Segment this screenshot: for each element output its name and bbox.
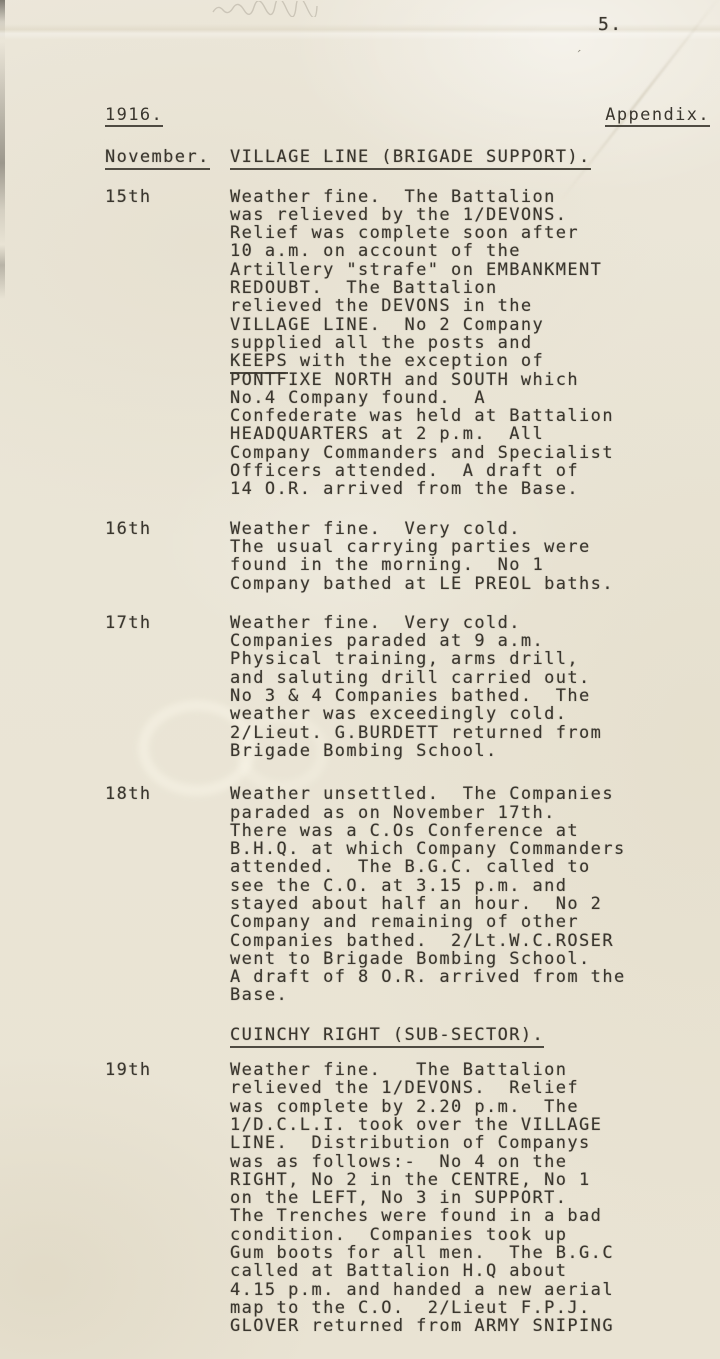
entry-body: Weather unsettled. The Companiesparaded … (230, 785, 710, 1005)
entry-date: 19th (105, 1061, 230, 1079)
entry-line: KEEPS with the exception of (230, 352, 710, 370)
entry-line: The Trenches were found in a bad (230, 1207, 710, 1225)
entry-line: Weather fine. The Battalion (230, 1061, 710, 1079)
entry-body: Weather fine. The Battalionwas relieved … (230, 188, 710, 499)
entry-date: 17th (105, 614, 230, 632)
document-content: 1916. Appendix. November.VILLAGE LINE (B… (0, 0, 720, 1357)
section-heading: VILLAGE LINE (BRIGADE SUPPORT). (230, 148, 710, 166)
entry-line: 4.15 p.m. and handed a new aerial (230, 1281, 710, 1299)
entry-line: and saluting drill carried out. (230, 669, 710, 687)
entry-line: was as follows:- No 4 on the (230, 1153, 710, 1171)
entry-line: paraded as on November 17th. (230, 804, 710, 822)
entry-line: was relieved by the 1/DEVONS. (230, 206, 710, 224)
year-heading: 1916. (105, 106, 163, 127)
entry-line: relieved the DEVONS in the (230, 297, 710, 315)
entry-line: Weather unsettled. The Companies (230, 785, 710, 803)
entry-line: Company and remaining of other (230, 913, 710, 931)
entry-line: condition. Companies took up (230, 1226, 710, 1244)
diary-entry: 19thWeather fine. The Battalionrelieved … (105, 1061, 710, 1335)
entry-line: supplied all the posts and (230, 334, 710, 352)
document-page: ′ 5. 1916. Appendix. November.VILLAGE LI… (0, 0, 720, 1359)
appendix-label: Appendix. (605, 106, 710, 127)
entry-line: attended. The B.G.C. called to (230, 858, 710, 876)
entry-body: CUINCHY RIGHT (SUB-SECTOR). (230, 1026, 710, 1044)
entry-line: Company bathed at LE PREOL baths. (230, 575, 710, 593)
entry-line: The usual carrying parties were (230, 538, 710, 556)
entry-body: Weather fine. Very cold.Companies parade… (230, 614, 710, 760)
entry-line: Weather fine. The Battalion (230, 188, 710, 206)
entry-line: No 3 & 4 Companies bathed. The (230, 687, 710, 705)
diary-entry: 16thWeather fine. Very cold.The usual ca… (105, 520, 710, 593)
entry-line: Weather fine. Very cold. (230, 520, 710, 538)
entry-line: A draft of 8 O.R. arrived from the (230, 968, 710, 986)
entry-line: stayed about half an hour. No 2 (230, 895, 710, 913)
entry-line: relieved the 1/DEVONS. Relief (230, 1079, 710, 1097)
entry-line: Weather fine. Very cold. (230, 614, 710, 632)
document-header: 1916. Appendix. (105, 106, 710, 127)
entry-line: Base. (230, 986, 710, 1004)
entry-line: PONTFIXE NORTH and SOUTH which (230, 371, 710, 389)
entry-body: VILLAGE LINE (BRIGADE SUPPORT). (230, 148, 710, 166)
entry-date: 18th (105, 785, 230, 803)
entry-line: Relief was complete soon after (230, 224, 710, 242)
entry-line: on the LEFT, No 3 in SUPPORT. (230, 1189, 710, 1207)
entry-line: REDOUBT. The Battalion (230, 279, 710, 297)
entry-line: B.H.Q. at which Company Commanders (230, 840, 710, 858)
diary-entries: November.VILLAGE LINE (BRIGADE SUPPORT).… (105, 148, 710, 1335)
entry-line: map to the C.O. 2/Lieut F.P.J. (230, 1299, 710, 1317)
entry-line: VILLAGE LINE. No 2 Company (230, 316, 710, 334)
entry-line: Companies paraded at 9 a.m. (230, 632, 710, 650)
entry-line: Physical training, arms drill, (230, 650, 710, 668)
entry-body: Weather fine. Very cold.The usual carryi… (230, 520, 710, 593)
entry-line: Brigade Bombing School. (230, 742, 710, 760)
entry-date: 15th (105, 188, 230, 206)
entry-line: was complete by 2.20 p.m. The (230, 1098, 710, 1116)
entry-line: Companies bathed. 2/Lt.W.C.ROSER (230, 932, 710, 950)
entry-line: No.4 Company found. A (230, 389, 710, 407)
entry-line: RIGHT, No 2 in the CENTRE, No 1 (230, 1171, 710, 1189)
entry-line: 10 a.m. on account of the (230, 242, 710, 260)
entry-line: GLOVER returned from ARMY SNIPING (230, 1317, 710, 1335)
entry-line: 1/D.C.L.I. took over the VILLAGE (230, 1116, 710, 1134)
diary-entry: 17thWeather fine. Very cold.Companies pa… (105, 614, 710, 760)
entry-line: LINE. Distribution of Companys (230, 1134, 710, 1152)
entry-line: 2/Lieut. G.BURDETT returned from (230, 724, 710, 742)
entry-line: found in the morning. No 1 (230, 556, 710, 574)
entry-line: Gum boots for all men. The B.G.C (230, 1244, 710, 1262)
entry-line: Confederate was held at Battalion (230, 407, 710, 425)
entry-line: Artillery "strafe" on EMBANKMENT (230, 261, 710, 279)
entry-line: Officers attended. A draft of (230, 462, 710, 480)
entry-line: see the C.O. at 3.15 p.m. and (230, 877, 710, 895)
entry-date: 16th (105, 520, 230, 538)
entry-line: HEADQUARTERS at 2 p.m. All (230, 425, 710, 443)
section-row: November.VILLAGE LINE (BRIGADE SUPPORT). (105, 148, 710, 166)
entry-line: There was a C.Os Conference at (230, 822, 710, 840)
entry-line: weather was exceedingly cold. (230, 705, 710, 723)
entry-line: called at Battalion H.Q about (230, 1262, 710, 1280)
diary-entry: 15thWeather fine. The Battalionwas relie… (105, 188, 710, 499)
entry-line: Company Commanders and Specialist (230, 444, 710, 462)
entry-line: went to Brigade Bombing School. (230, 950, 710, 968)
entry-line: 14 O.R. arrived from the Base. (230, 480, 710, 498)
entry-date: November. (105, 148, 230, 166)
section-row: CUINCHY RIGHT (SUB-SECTOR). (105, 1026, 710, 1044)
entry-body: Weather fine. The Battalionrelieved the … (230, 1061, 710, 1335)
diary-entry: 18thWeather unsettled. The Companiespara… (105, 785, 710, 1005)
section-heading: CUINCHY RIGHT (SUB-SECTOR). (230, 1026, 710, 1044)
